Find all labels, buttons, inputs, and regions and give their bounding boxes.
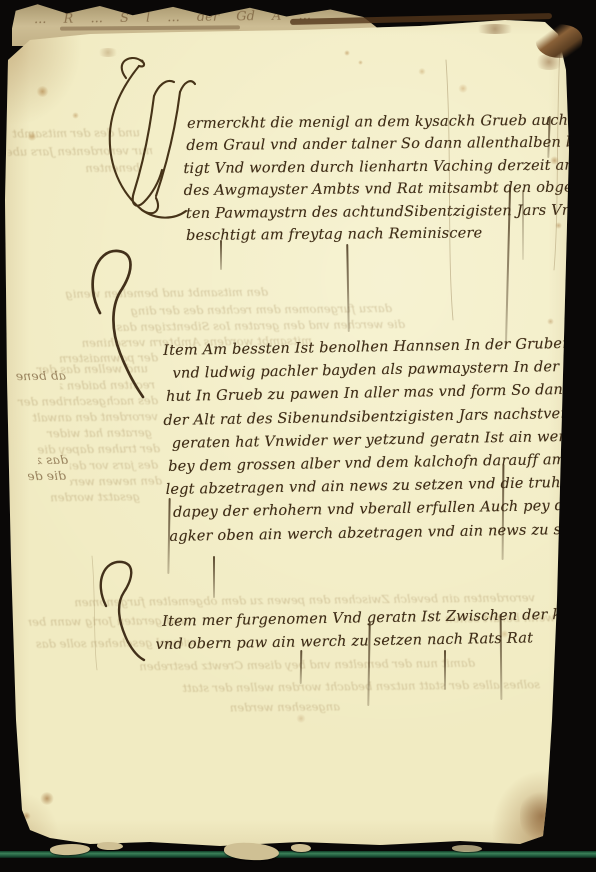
manuscript-line: des Awgmayster Ambts vnd Rat mitsambt de… — [184, 176, 596, 202]
ink-stroke — [522, 190, 524, 260]
scan-background: ... R ... S l ... der Gd A ... und des d… — [0, 0, 596, 872]
paragraph-1: ermerckht die menigl an dem kysackh Grue… — [183, 109, 596, 247]
foxing-spot — [458, 84, 468, 93]
foxing-spot — [36, 86, 49, 97]
ghost-text-line: solhes alles der statt nutzen bedacht wo… — [20, 677, 540, 696]
initial-flourish-paragraph-1 — [96, 52, 196, 237]
ink-stroke — [346, 244, 349, 332]
ghost-text-line: ab bene — [12, 368, 66, 384]
foxing-spot — [72, 112, 79, 119]
foxing-spot — [418, 68, 426, 75]
ghost-text-line: verordent den anwalt — [12, 409, 158, 425]
manuscript-line: dem Graul vnd ander talner So dann allen… — [186, 132, 596, 158]
foxing-spot — [22, 812, 31, 820]
initial-flourish-paragraph-2 — [80, 243, 155, 403]
paper-fragment — [452, 845, 482, 852]
initial-flourish-paragraph-3 — [90, 556, 150, 664]
foxing-spot — [296, 714, 306, 723]
foxing-spot — [547, 318, 554, 325]
ink-stroke — [220, 240, 222, 270]
manuscript-line: beschtigt am freytag nach Reminiscere — [186, 221, 596, 247]
ink-stroke — [213, 556, 215, 598]
foxing-spot — [358, 60, 363, 65]
ghost-text-line: darzu furgenomen dem rechten des der din… — [12, 301, 392, 319]
corner-stain-bottom-right — [460, 730, 560, 848]
scanner-bed-strip — [0, 851, 596, 858]
paper-fragment — [291, 844, 311, 852]
foxing-spot — [40, 792, 54, 805]
corner-stain-bottom-left — [8, 760, 88, 850]
ink-stroke — [444, 650, 446, 690]
paragraph-2: Item Am bessten Ist benolhen Hannsen In … — [162, 332, 596, 549]
foxing-spot — [344, 50, 350, 56]
paper-fragment — [224, 842, 280, 861]
ghost-text-line: die werchen vnd den geraten Ios Sibentzi… — [15, 317, 405, 335]
ghost-text-line: der truhen dapey die — [12, 441, 160, 457]
ghost-text-line: angesehen werden — [215, 699, 340, 714]
paragraph-3: Item mer furgenomen Vnd geratn Ist Zwisc… — [155, 604, 576, 657]
stain-blotch — [520, 790, 564, 842]
ghost-text-line: des jars vor dem — [70, 458, 158, 473]
manuscript-page: und des der mitsambt nur verordenten Jar… — [0, 0, 596, 872]
ghost-text-line: das zu — [38, 452, 68, 467]
ghost-text-line: gesatzt worden — [20, 489, 140, 504]
ghost-text-line: die dem — [28, 468, 66, 483]
manuscript-line: ten Pawmaystrn des achtundSibentzigisten… — [186, 199, 596, 225]
stain-smudge — [472, 24, 518, 34]
paper-fragment — [97, 842, 123, 850]
ghost-text-line: den newen werch zu — [70, 474, 162, 489]
ghost-text-line: geraten hat wider — [10, 425, 152, 440]
